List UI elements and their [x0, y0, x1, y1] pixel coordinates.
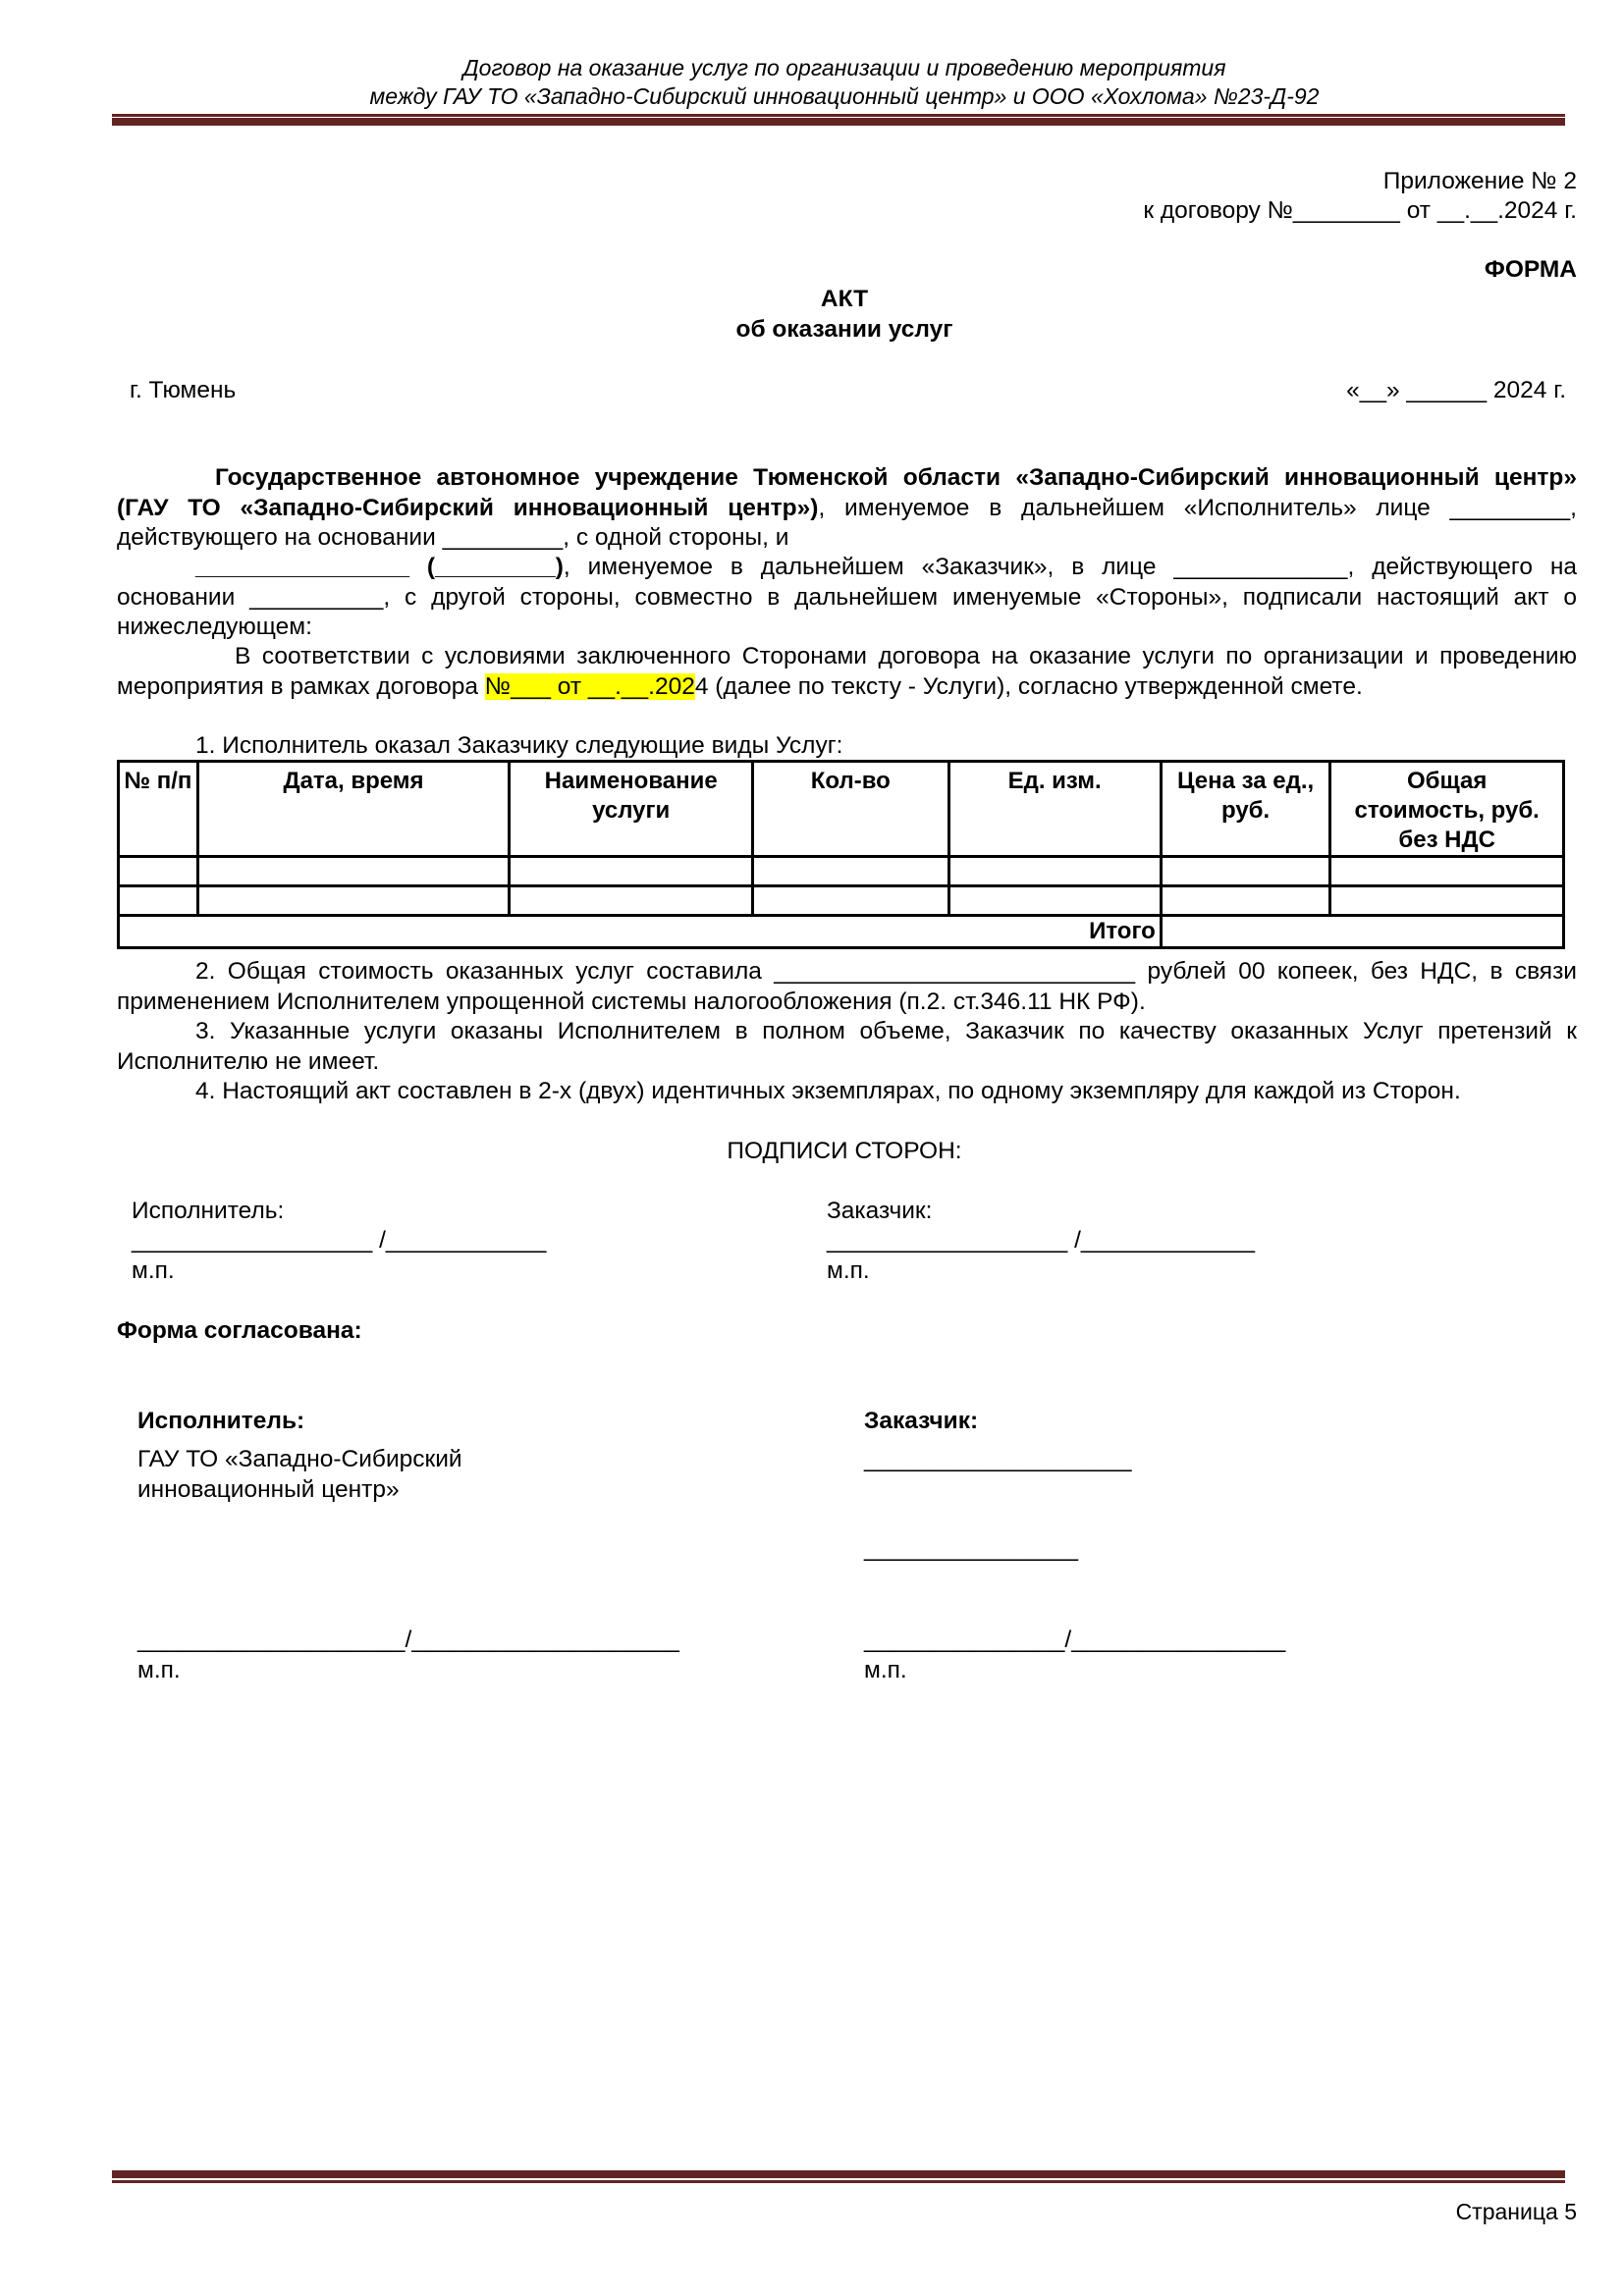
item-1: 1. Исполнитель оказал Заказчику следующи… — [195, 731, 842, 762]
header-line-2: между ГАУ ТО «Западно-Сибирский инноваци… — [0, 81, 1624, 111]
agreed-customer-stamp: м.п. — [864, 1656, 907, 1686]
contract-reference-paragraph: В соответствии с условиями заключенного … — [117, 642, 1577, 702]
sign-executor-line[interactable]: __________________ /____________ — [132, 1226, 546, 1256]
sign-customer-stamp: м.п. — [827, 1256, 870, 1287]
col-header-datetime: Дата, время — [197, 762, 509, 857]
col-header-quantity: Кол-во — [753, 762, 948, 857]
col-header-service-name: Наименование услуги — [510, 762, 753, 857]
header-line-1: Договор на оказание услуг по организации… — [0, 53, 1624, 82]
clause-2: 2. Общая стоимость оказанных услуг соста… — [117, 957, 1577, 1017]
page-number: Страница 5 — [1276, 2197, 1577, 2227]
header-rule-thin — [112, 114, 1565, 117]
table-row — [119, 886, 1564, 916]
agreed-executor-sign[interactable]: ____________________/___________________… — [137, 1626, 679, 1656]
total-label: Итого — [119, 916, 1162, 948]
form-agreed-heading: Форма согласована: — [117, 1316, 362, 1347]
preamble-paragraph: Государственное автономное учреждение Тю… — [117, 463, 1577, 554]
agreed-customer-label: Заказчик: — [864, 1407, 978, 1437]
footer-rule-thin — [112, 2180, 1565, 2183]
table-total-row: Итого — [119, 916, 1564, 948]
col-header-unit: Ед. изм. — [948, 762, 1161, 857]
act-subtitle: об оказании услуг — [0, 315, 1624, 346]
sign-executor-stamp: м.п. — [132, 1256, 175, 1287]
footer-rule-thick — [112, 2170, 1565, 2178]
appendix-label: Приложение № 2 — [982, 167, 1577, 197]
preamble-customer-paragraph: ________________ (_________), именуемое … — [117, 553, 1577, 643]
agreed-customer-line-1[interactable]: ____________________ — [864, 1445, 1132, 1475]
col-header-number: № п/п — [119, 762, 198, 857]
col-header-unit-price: Цена за ед., руб. — [1161, 762, 1330, 857]
clause-4: 4. Настоящий акт составлен в 2-х (двух) … — [117, 1077, 1577, 1107]
sign-customer-line[interactable]: __________________ /_____________ — [827, 1226, 1255, 1256]
agreed-customer-line-2[interactable]: ________________ — [864, 1534, 1078, 1565]
agreed-executor-org-2: инновационный центр» — [137, 1475, 400, 1506]
form-label: ФОРМА — [1178, 255, 1577, 286]
sign-customer-label: Заказчик: — [827, 1197, 932, 1227]
agreed-customer-sign[interactable]: _______________/________________ — [864, 1626, 1285, 1656]
total-value[interactable] — [1161, 916, 1563, 948]
clause-3: 3. Указанные услуги оказаны Исполнителем… — [117, 1017, 1577, 1077]
sign-executor-label: Исполнитель: — [132, 1197, 284, 1227]
customer-name-blank: ________________ (_________) — [195, 554, 564, 580]
signatures-heading: ПОДПИСИ СТОРОН: — [0, 1137, 1624, 1167]
header-rule-thick — [112, 118, 1565, 126]
col-header-total-cost: Общая стоимость, руб. без НДС — [1330, 762, 1564, 857]
highlighted-contract-ref: №___ от __.__.202 — [485, 673, 695, 700]
act-title: АКТ — [0, 285, 1624, 315]
services-table: № п/п Дата, время Наименование услуги Ко… — [117, 760, 1565, 949]
appendix-contract-ref: к договору №________ от __.__.2024 г. — [884, 196, 1577, 227]
city: г. Тюмень — [130, 376, 236, 406]
agreed-executor-org-1: ГАУ ТО «Западно-Сибирский — [137, 1445, 462, 1475]
agreed-executor-stamp: м.п. — [137, 1656, 181, 1686]
agreed-executor-label: Исполнитель: — [137, 1407, 304, 1437]
table-header-row: № п/п Дата, время Наименование услуги Ко… — [119, 762, 1564, 857]
table-row — [119, 857, 1564, 886]
act-date: «__» ______ 2024 г. — [1178, 376, 1566, 406]
